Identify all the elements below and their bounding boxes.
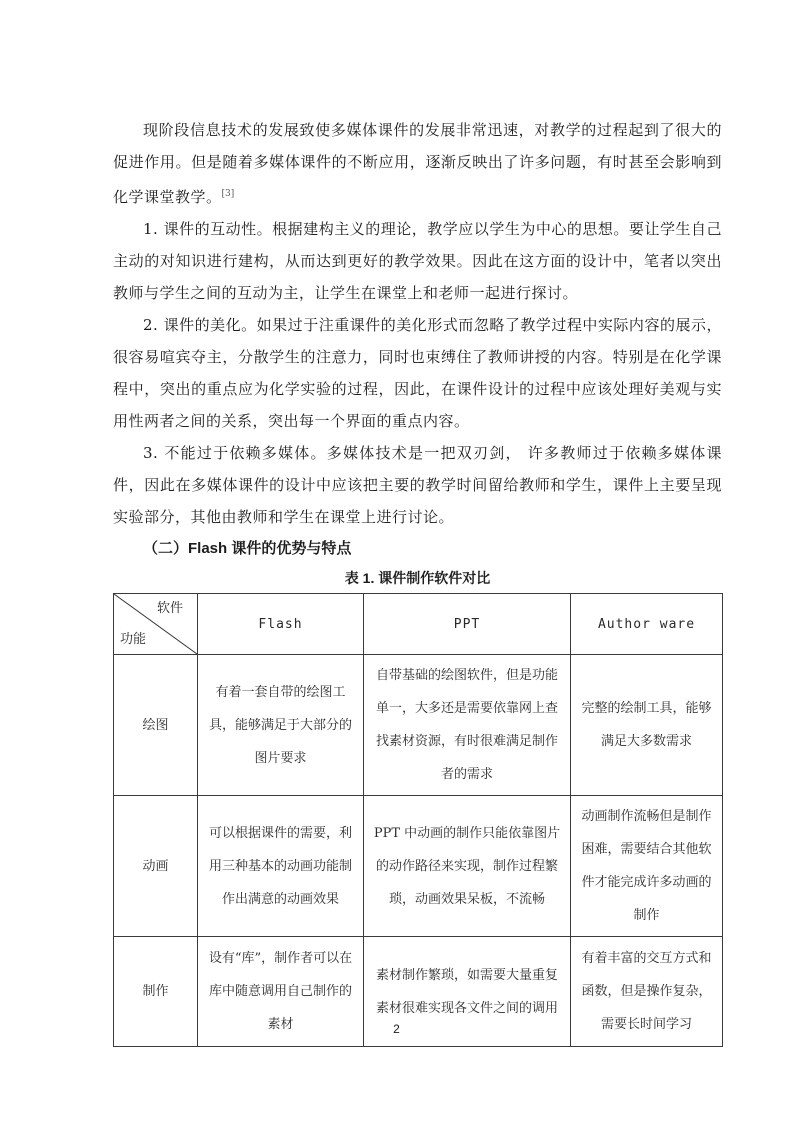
paragraph-item-1: 1. 课件的互动性。根据建构主义的理论，教学应以学生为中心的思想。要让学生自己主…	[113, 213, 722, 309]
cell-drawing-authorware: 完整的绘制工具，能够满足大多数需求	[571, 655, 723, 796]
document-page: 现阶段信息技术的发展致使多媒体课件的发展非常迅速，对教学的过程起到了很大的促进作…	[0, 0, 793, 1122]
table-row-animation: 动画 可以根据课件的需要，利用三种基本的动画功能制作出满意的动画效果 PPT 中…	[114, 796, 723, 937]
row-label-drawing: 绘图	[114, 655, 198, 796]
column-header-authorware: Author ware	[571, 594, 723, 655]
paragraph-intro: 现阶段信息技术的发展致使多媒体课件的发展非常迅速，对教学的过程起到了很大的促进作…	[113, 114, 722, 213]
corner-label-software: 软件	[157, 600, 183, 618]
cell-drawing-flash: 有着一套自带的绘图工具，能够满足于大部分的图片要求	[198, 655, 364, 796]
table-row-drawing: 绘图 有着一套自带的绘图工具，能够满足于大部分的图片要求 自带基础的绘图软件，但…	[114, 655, 723, 796]
paragraph-item-3: 3. 不能过于依赖多媒体。多媒体技术是一把双刃剑， 许多教师过于依赖多媒体课件，…	[113, 437, 722, 533]
page-number: 2	[0, 1022, 793, 1036]
corner-label-function: 功能	[120, 631, 146, 649]
citation-marker: [3]	[222, 189, 235, 199]
section-heading: （二）Flash 课件的优势与特点	[113, 533, 722, 565]
cell-animation-ppt: PPT 中动画的制作只能依靠图片的动作路径来实现，制作过程繁琐，动画效果呆板，不…	[364, 796, 571, 937]
paragraph-item-2: 2. 课件的美化。如果过于注重课件的美化形式而忽略了教学过程中实际内容的展示，很…	[113, 309, 722, 437]
cell-drawing-ppt: 自带基础的绘图软件，但是功能单一，大多还是需要依靠网上查找素材资源，有时很难满足…	[364, 655, 571, 796]
column-header-ppt: PPT	[364, 594, 571, 655]
cell-animation-authorware: 动画制作流畅但是制作困难，需要结合其他软件才能完成许多动画的制作	[571, 796, 723, 937]
paragraph-intro-text: 现阶段信息技术的发展致使多媒体课件的发展非常迅速，对教学的过程起到了很大的促进作…	[113, 121, 722, 206]
table-header-row: 软件 功能 Flash PPT Author ware	[114, 594, 723, 655]
table-corner-cell: 软件 功能	[114, 594, 198, 655]
column-header-flash: Flash	[198, 594, 364, 655]
row-label-animation: 动画	[114, 796, 198, 937]
cell-animation-flash: 可以根据课件的需要，利用三种基本的动画功能制作出满意的动画效果	[198, 796, 364, 937]
table-caption: 表 1. 课件制作软件对比	[113, 565, 722, 591]
document-body: 现阶段信息技术的发展致使多媒体课件的发展非常迅速，对教学的过程起到了很大的促进作…	[113, 114, 722, 1047]
software-comparison-table: 软件 功能 Flash PPT Author ware 绘图 有着一套自带的绘图…	[113, 593, 723, 1047]
